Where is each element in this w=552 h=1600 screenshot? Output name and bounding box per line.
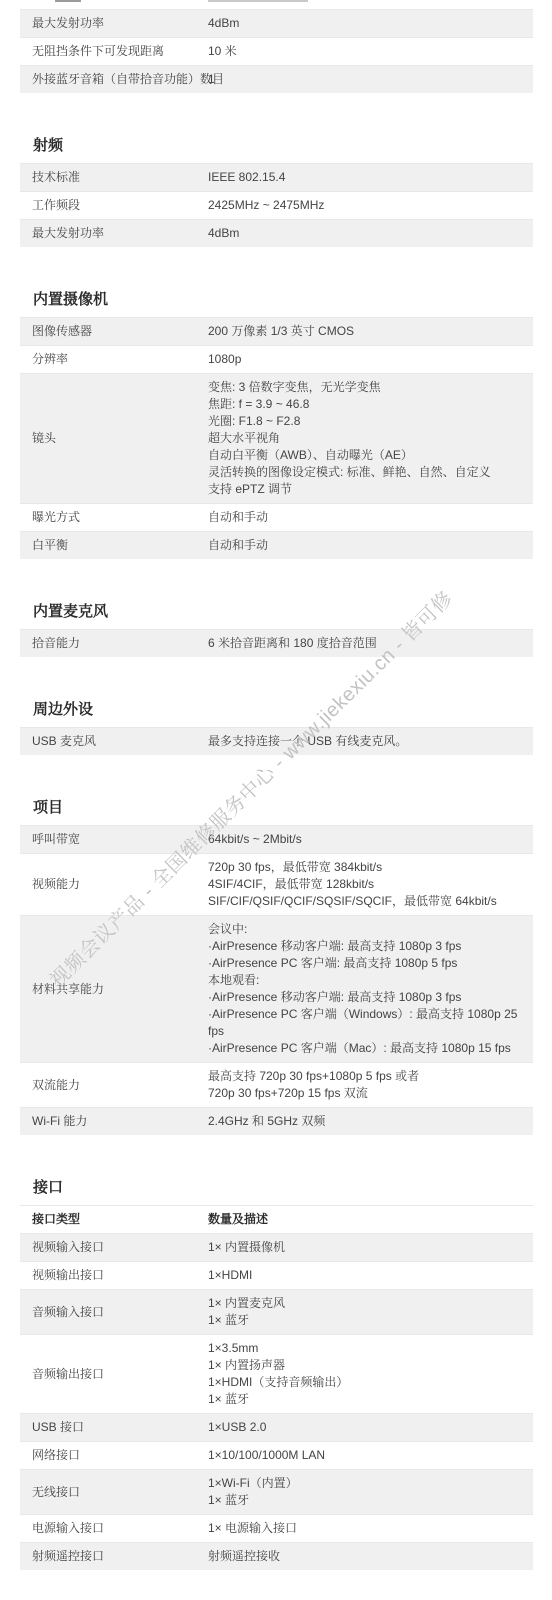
spec-value: 1 <box>208 71 521 88</box>
spec-value: 1×3.5mm1× 内置扬声器1×HDMI（支持音频输出）1× 蓝牙 <box>208 1340 521 1408</box>
spec-table: USB 麦克风 最多支持连接一个 USB 有线麦克风。 <box>20 727 533 755</box>
spec-value: 1×Wi-Fi（内置）1× 蓝牙 <box>208 1475 521 1509</box>
spec-value-line: IEEE 802.15.4 <box>208 169 521 186</box>
spec-value-line: 2425MHz ~ 2475MHz <box>208 197 521 214</box>
spec-label: 视频能力 <box>32 859 208 910</box>
spec-row: 分辨率 1080p <box>20 345 533 373</box>
spec-table: 呼叫带宽 64kbit/s ~ 2Mbit/s 视频能力 720p 30 fps… <box>20 825 533 1135</box>
spec-label: 外接蓝牙音箱（自带拾音功能）数目 <box>32 71 208 88</box>
spec-value: 4dBm <box>208 15 521 32</box>
spec-row: 拾音能力 6 米拾音距离和 180 度拾音范围 <box>20 629 533 657</box>
spec-row: 技术标准 IEEE 802.15.4 <box>20 163 533 191</box>
spec-value: 自动和手动 <box>208 509 521 526</box>
spec-row: 无线接口 1×Wi-Fi（内置）1× 蓝牙 <box>20 1469 533 1514</box>
section-title: 项目 <box>33 799 533 817</box>
spec-row: Wi-Fi 能力 2.4GHz 和 5GHz 双频 <box>20 1107 533 1135</box>
spec-section: 内置摄像机 图像传感器 200 万像素 1/3 英寸 CMOS 分辨率 1080… <box>0 291 552 559</box>
spec-label: 视频输入接口 <box>32 1239 208 1256</box>
spec-value-line: 1080p <box>208 351 521 368</box>
spec-section: 射频 技术标准 IEEE 802.15.4 工作频段 2425MHz ~ 247… <box>0 137 552 247</box>
spec-row: 镜头 变焦: 3 倍数字变焦，无光学变焦焦距: f = 3.9 ~ 46.8光圈… <box>20 373 533 503</box>
spec-row: 音频输入接口 1× 内置麦克风1× 蓝牙 <box>20 1289 533 1334</box>
spec-label: 技术标准 <box>32 169 208 186</box>
spec-value-line: 200 万像素 1/3 英寸 CMOS <box>208 323 521 340</box>
spec-row: 曝光方式 自动和手动 <box>20 503 533 531</box>
spec-row: USB 接口 1×USB 2.0 <box>20 1413 533 1441</box>
spec-value-line: 会议中: <box>208 921 521 938</box>
spec-table: 接口类型 数量及描述 视频输入接口 1× 内置摄像机 视频输出接口 1×HDMI… <box>20 1205 533 1570</box>
spec-value-line: 1×10/100/1000M LAN <box>208 1447 521 1464</box>
spec-value-line: 4dBm <box>208 15 521 32</box>
spec-section: 内置麦克风 拾音能力 6 米拾音距离和 180 度拾音范围 <box>0 603 552 657</box>
spec-value: 1× 内置麦克风1× 蓝牙 <box>208 1295 521 1329</box>
spec-value-line: 1×USB 2.0 <box>208 1419 521 1436</box>
spec-value: 1×USB 2.0 <box>208 1419 521 1436</box>
spec-row: USB 麦克风 最多支持连接一个 USB 有线麦克风。 <box>20 727 533 755</box>
spec-row: 电源输入接口 1× 电源输入接口 <box>20 1514 533 1542</box>
spec-table: 技术标准 IEEE 802.15.4 工作频段 2425MHz ~ 2475MH… <box>20 163 533 247</box>
spec-label: 接口类型 <box>32 1211 208 1228</box>
spec-value: 64kbit/s ~ 2Mbit/s <box>208 831 521 848</box>
spec-row: 射频遥控接口 射频遥控接收 <box>20 1542 533 1570</box>
spec-value: 变焦: 3 倍数字变焦，无光学变焦焦距: f = 3.9 ~ 46.8光圈: F… <box>208 379 521 498</box>
spec-value-line: 1× 蓝牙 <box>208 1492 521 1509</box>
spec-value-line: 1×HDMI（支持音频输出） <box>208 1374 521 1391</box>
spec-value-line: 1× 内置扬声器 <box>208 1357 521 1374</box>
spec-table: 图像传感器 200 万像素 1/3 英寸 CMOS 分辨率 1080p 镜头 变… <box>20 317 533 559</box>
spec-value-line: 10 米 <box>208 43 521 60</box>
spec-value: 200 万像素 1/3 英寸 CMOS <box>208 323 521 340</box>
spec-value-line: SIF/CIF/QSIF/QCIF/SQSIF/SQCIF，最低带宽 64kbi… <box>208 893 521 910</box>
spec-value-line: 自动和手动 <box>208 509 521 526</box>
spec-value: IEEE 802.15.4 <box>208 169 521 186</box>
spec-row: 白平衡 自动和手动 <box>20 531 533 559</box>
spec-value: 1× 电源输入接口 <box>208 1520 521 1537</box>
spec-value: 射频遥控接收 <box>208 1548 521 1565</box>
spec-value: 4dBm <box>208 225 521 242</box>
spec-value: 最多支持连接一个 USB 有线麦克风。 <box>208 733 521 750</box>
spec-value-line: ·AirPresence PC 客户端（Windows）: 最高支持 1080p… <box>208 1006 521 1040</box>
spec-value-line: 焦距: f = 3.9 ~ 46.8 <box>208 396 521 413</box>
spec-value-line: 灵活转换的图像设定模式: 标准、鲜艳、自然、自定义 <box>208 464 521 481</box>
spec-value-line: 数量及描述 <box>208 1211 521 1228</box>
spec-row: 无阻挡条件下可发现距离 10 米 <box>20 37 533 65</box>
section-title: 接口 <box>33 1179 533 1197</box>
spec-value: 2.4GHz 和 5GHz 双频 <box>208 1113 521 1130</box>
spec-label: 分辨率 <box>32 351 208 368</box>
spec-label: 双流能力 <box>32 1068 208 1102</box>
spec-label: 音频输出接口 <box>32 1340 208 1408</box>
section-title: 内置麦克风 <box>33 603 533 621</box>
spec-value-line: 1×3.5mm <box>208 1340 521 1357</box>
spec-section: 接口 接口类型 数量及描述 视频输入接口 1× 内置摄像机 视频输出接口 1×H… <box>0 1179 552 1570</box>
spec-value: 1× 内置摄像机 <box>208 1239 521 1256</box>
spec-value: 1×HDMI <box>208 1267 521 1284</box>
spec-value-line: 最多支持连接一个 USB 有线麦克风。 <box>208 733 521 750</box>
spec-value-line: 1× 内置摄像机 <box>208 1239 521 1256</box>
section-title: 周边外设 <box>33 701 533 719</box>
spec-value-line: 2.4GHz 和 5GHz 双频 <box>208 1113 521 1130</box>
spec-label: 曝光方式 <box>32 509 208 526</box>
spec-label: 最大发射功率 <box>32 15 208 32</box>
spec-value-line: ·AirPresence 移动客户端: 最高支持 1080p 3 fps <box>208 989 521 1006</box>
spec-row: 音频输出接口 1×3.5mm1× 内置扬声器1×HDMI（支持音频输出）1× 蓝… <box>20 1334 533 1413</box>
spec-label: 无阻挡条件下可发现距离 <box>32 43 208 60</box>
spec-section: 周边外设 USB 麦克风 最多支持连接一个 USB 有线麦克风。 <box>0 701 552 755</box>
spec-label: 拾音能力 <box>32 635 208 652</box>
spec-row: 材料共享能力 会议中:·AirPresence 移动客户端: 最高支持 1080… <box>20 915 533 1062</box>
spec-value: 1×10/100/1000M LAN <box>208 1447 521 1464</box>
spec-value-line: 720p 30 fps，最低带宽 384kbit/s <box>208 859 521 876</box>
spec-value: 会议中:·AirPresence 移动客户端: 最高支持 1080p 3 fps… <box>208 921 521 1057</box>
spec-label: 图像传感器 <box>32 323 208 340</box>
spec-label: 网络接口 <box>32 1447 208 1464</box>
spec-value-line: 本地观看: <box>208 972 521 989</box>
spec-value-line: 6 米拾音距离和 180 度拾音范围 <box>208 635 521 652</box>
spec-value-line: 光圈: F1.8 ~ F2.8 <box>208 413 521 430</box>
spec-value-line: 4SIF/4CIF，最低带宽 128kbit/s <box>208 876 521 893</box>
spec-label: 工作频段 <box>32 197 208 214</box>
spec-section: 最大发射功率 4dBm 无阻挡条件下可发现距离 10 米 外接蓝牙音箱（自带拾音… <box>0 9 552 93</box>
spec-value-line: 支持 ePTZ 调节 <box>208 481 521 498</box>
spec-value-line: 4dBm <box>208 225 521 242</box>
spec-value: 720p 30 fps，最低带宽 384kbit/s4SIF/4CIF，最低带宽… <box>208 859 521 910</box>
spec-value: 自动和手动 <box>208 537 521 554</box>
spec-label: 白平衡 <box>32 537 208 554</box>
spec-row: 工作频段 2425MHz ~ 2475MHz <box>20 191 533 219</box>
spec-row: 视频输出接口 1×HDMI <box>20 1261 533 1289</box>
spec-label: 呼叫带宽 <box>32 831 208 848</box>
spec-section: 项目 呼叫带宽 64kbit/s ~ 2Mbit/s 视频能力 720p 30 … <box>0 799 552 1135</box>
spec-value-line: 1×HDMI <box>208 1267 521 1284</box>
spec-label: 视频输出接口 <box>32 1267 208 1284</box>
spec-row: 最大发射功率 4dBm <box>20 219 533 247</box>
spec-value: 数量及描述 <box>208 1211 521 1228</box>
spec-sheet: 最大发射功率 4dBm 无阻挡条件下可发现距离 10 米 外接蓝牙音箱（自带拾音… <box>0 0 552 1570</box>
spec-value: 1080p <box>208 351 521 368</box>
spec-label: 镜头 <box>32 379 208 498</box>
spec-value-line: 1× 蓝牙 <box>208 1391 521 1408</box>
spec-value-line: 1× 电源输入接口 <box>208 1520 521 1537</box>
spec-value-line: 最高支持 720p 30 fps+1080p 5 fps 或者 <box>208 1068 521 1085</box>
spec-value-line: 变焦: 3 倍数字变焦，无光学变焦 <box>208 379 521 396</box>
spec-table: 最大发射功率 4dBm 无阻挡条件下可发现距离 10 米 外接蓝牙音箱（自带拾音… <box>20 9 533 93</box>
spec-value-line: 1×Wi-Fi（内置） <box>208 1475 521 1492</box>
spec-row: 接口类型 数量及描述 <box>20 1205 533 1233</box>
spec-label: 无线接口 <box>32 1475 208 1509</box>
spec-value-line: 1 <box>208 71 521 88</box>
spec-row: 视频输入接口 1× 内置摄像机 <box>20 1233 533 1261</box>
spec-label: 材料共享能力 <box>32 921 208 1057</box>
spec-value-line: 1× 蓝牙 <box>208 1312 521 1329</box>
spec-label: 电源输入接口 <box>32 1520 208 1537</box>
spec-value-line: 超大水平视角 <box>208 430 521 447</box>
spec-label: 音频输入接口 <box>32 1295 208 1329</box>
section-title: 内置摄像机 <box>33 291 533 309</box>
spec-row: 网络接口 1×10/100/1000M LAN <box>20 1441 533 1469</box>
spec-label: 最大发射功率 <box>32 225 208 242</box>
spec-value-line: 自动和手动 <box>208 537 521 554</box>
spec-row: 最大发射功率 4dBm <box>20 9 533 37</box>
spec-row: 双流能力 最高支持 720p 30 fps+1080p 5 fps 或者720p… <box>20 1062 533 1107</box>
spec-value-line: 64kbit/s ~ 2Mbit/s <box>208 831 521 848</box>
spec-label: USB 接口 <box>32 1419 208 1436</box>
spec-value-line: 1× 内置麦克风 <box>208 1295 521 1312</box>
spec-row: 视频能力 720p 30 fps，最低带宽 384kbit/s4SIF/4CIF… <box>20 853 533 915</box>
spec-label: USB 麦克风 <box>32 733 208 750</box>
spec-value: 最高支持 720p 30 fps+1080p 5 fps 或者720p 30 f… <box>208 1068 521 1102</box>
spec-label: 射频遥控接口 <box>32 1548 208 1565</box>
section-title: 射频 <box>33 137 533 155</box>
spec-value-line: ·AirPresence PC 客户端: 最高支持 1080p 5 fps <box>208 955 521 972</box>
spec-value-line: 射频遥控接收 <box>208 1548 521 1565</box>
spec-value: 2425MHz ~ 2475MHz <box>208 197 521 214</box>
spec-label: Wi-Fi 能力 <box>32 1113 208 1130</box>
spec-value-line: 自动白平衡（AWB）、自动曝光（AE） <box>208 447 521 464</box>
spec-value-line: ·AirPresence 移动客户端: 最高支持 1080p 3 fps <box>208 938 521 955</box>
spec-value-line: ·AirPresence PC 客户端（Mac）: 最高支持 1080p 15 … <box>208 1040 521 1057</box>
spec-row: 外接蓝牙音箱（自带拾音功能）数目 1 <box>20 65 533 93</box>
spec-value: 10 米 <box>208 43 521 60</box>
spec-table: 拾音能力 6 米拾音距离和 180 度拾音范围 <box>20 629 533 657</box>
spec-value-line: 720p 30 fps+720p 15 fps 双流 <box>208 1085 521 1102</box>
spec-row: 呼叫带宽 64kbit/s ~ 2Mbit/s <box>20 825 533 853</box>
spec-value: 6 米拾音距离和 180 度拾音范围 <box>208 635 521 652</box>
spec-row: 图像传感器 200 万像素 1/3 英寸 CMOS <box>20 317 533 345</box>
